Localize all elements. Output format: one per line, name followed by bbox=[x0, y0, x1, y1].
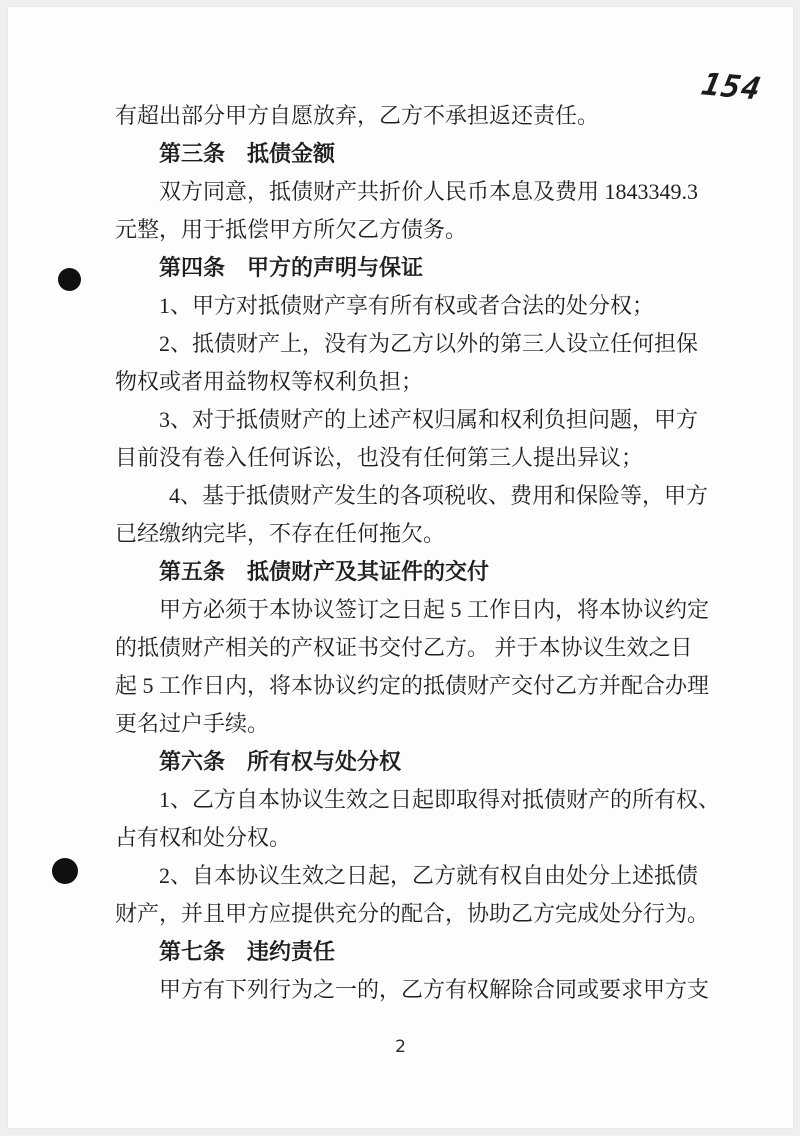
binder-hole-dot-bottom bbox=[52, 858, 78, 884]
clause-heading-line: 第六条 所有权与处分权 bbox=[115, 743, 715, 781]
document-text-line: 财产，并且甲方应提供充分的配合，协助乙方完成处分行为。 bbox=[115, 895, 715, 933]
document-text-line: 物权或者用益物权等权利负担； bbox=[115, 363, 715, 401]
document-text-line: 占有权和处分权。 bbox=[115, 819, 715, 857]
document-text-line: 的抵债财产相关的产权证书交付乙方。 并于本协议生效之日 bbox=[115, 629, 715, 667]
document-page: 154 有超出部分甲方自愿放弃，乙方不承担返还责任。第三条 抵债金额双方同意，抵… bbox=[8, 7, 793, 1128]
clause-heading-line: 第五条 抵债财产及其证件的交付 bbox=[115, 553, 715, 591]
document-text-line: 已经缴纳完毕，不存在任何拖欠。 bbox=[115, 515, 715, 553]
document-text-line: 2、自本协议生效之日起，乙方就有权自由处分上述抵债 bbox=[115, 857, 715, 895]
document-text-line: 甲方必须于本协议签订之日起 5 工作日内，将本协议约定 bbox=[115, 591, 715, 629]
document-text-line: 4、基于抵债财产发生的各项税收、费用和保险等，甲方 bbox=[115, 477, 715, 515]
document-text-line: 目前没有卷入任何诉讼，也没有任何第三人提出异议； bbox=[115, 439, 715, 477]
clause-heading-line: 第三条 抵债金额 bbox=[115, 135, 715, 173]
clause-heading-line: 第七条 违约责任 bbox=[115, 933, 715, 971]
document-text-line: 有超出部分甲方自愿放弃，乙方不承担返还责任。 bbox=[115, 97, 715, 135]
document-text-line: 元整，用于抵偿甲方所欠乙方债务。 bbox=[115, 211, 715, 249]
binder-hole-dot-top bbox=[58, 268, 81, 291]
document-body: 有超出部分甲方自愿放弃，乙方不承担返还责任。第三条 抵债金额双方同意，抵债财产共… bbox=[115, 97, 715, 1009]
clause-heading-line: 第四条 甲方的声明与保证 bbox=[115, 249, 715, 287]
document-text-line: 1、甲方对抵债财产享有所有权或者合法的处分权； bbox=[115, 287, 715, 325]
page-backdrop: 154 有超出部分甲方自愿放弃，乙方不承担返还责任。第三条 抵债金额双方同意，抵… bbox=[0, 0, 800, 1136]
document-text-line: 3、对于抵债财产的上述产权归属和权利负担问题，甲方 bbox=[115, 401, 715, 439]
document-text-line: 更名过户手续。 bbox=[115, 705, 715, 743]
document-text-line: 起 5 工作日内，将本协议约定的抵债财产交付乙方并配合办理 bbox=[115, 667, 715, 705]
document-text-line: 甲方有下列行为之一的，乙方有权解除合同或要求甲方支 bbox=[115, 971, 715, 1009]
document-text-line: 2、抵债财产上，没有为乙方以外的第三人设立任何担保 bbox=[115, 325, 715, 363]
footer-page-number: 2 bbox=[8, 1037, 793, 1057]
document-text-line: 双方同意，抵债财产共折价人民币本息及费用 1843349.3 bbox=[115, 173, 715, 211]
document-text-line: 1、乙方自本协议生效之日起即取得对抵债财产的所有权、 bbox=[115, 781, 715, 819]
